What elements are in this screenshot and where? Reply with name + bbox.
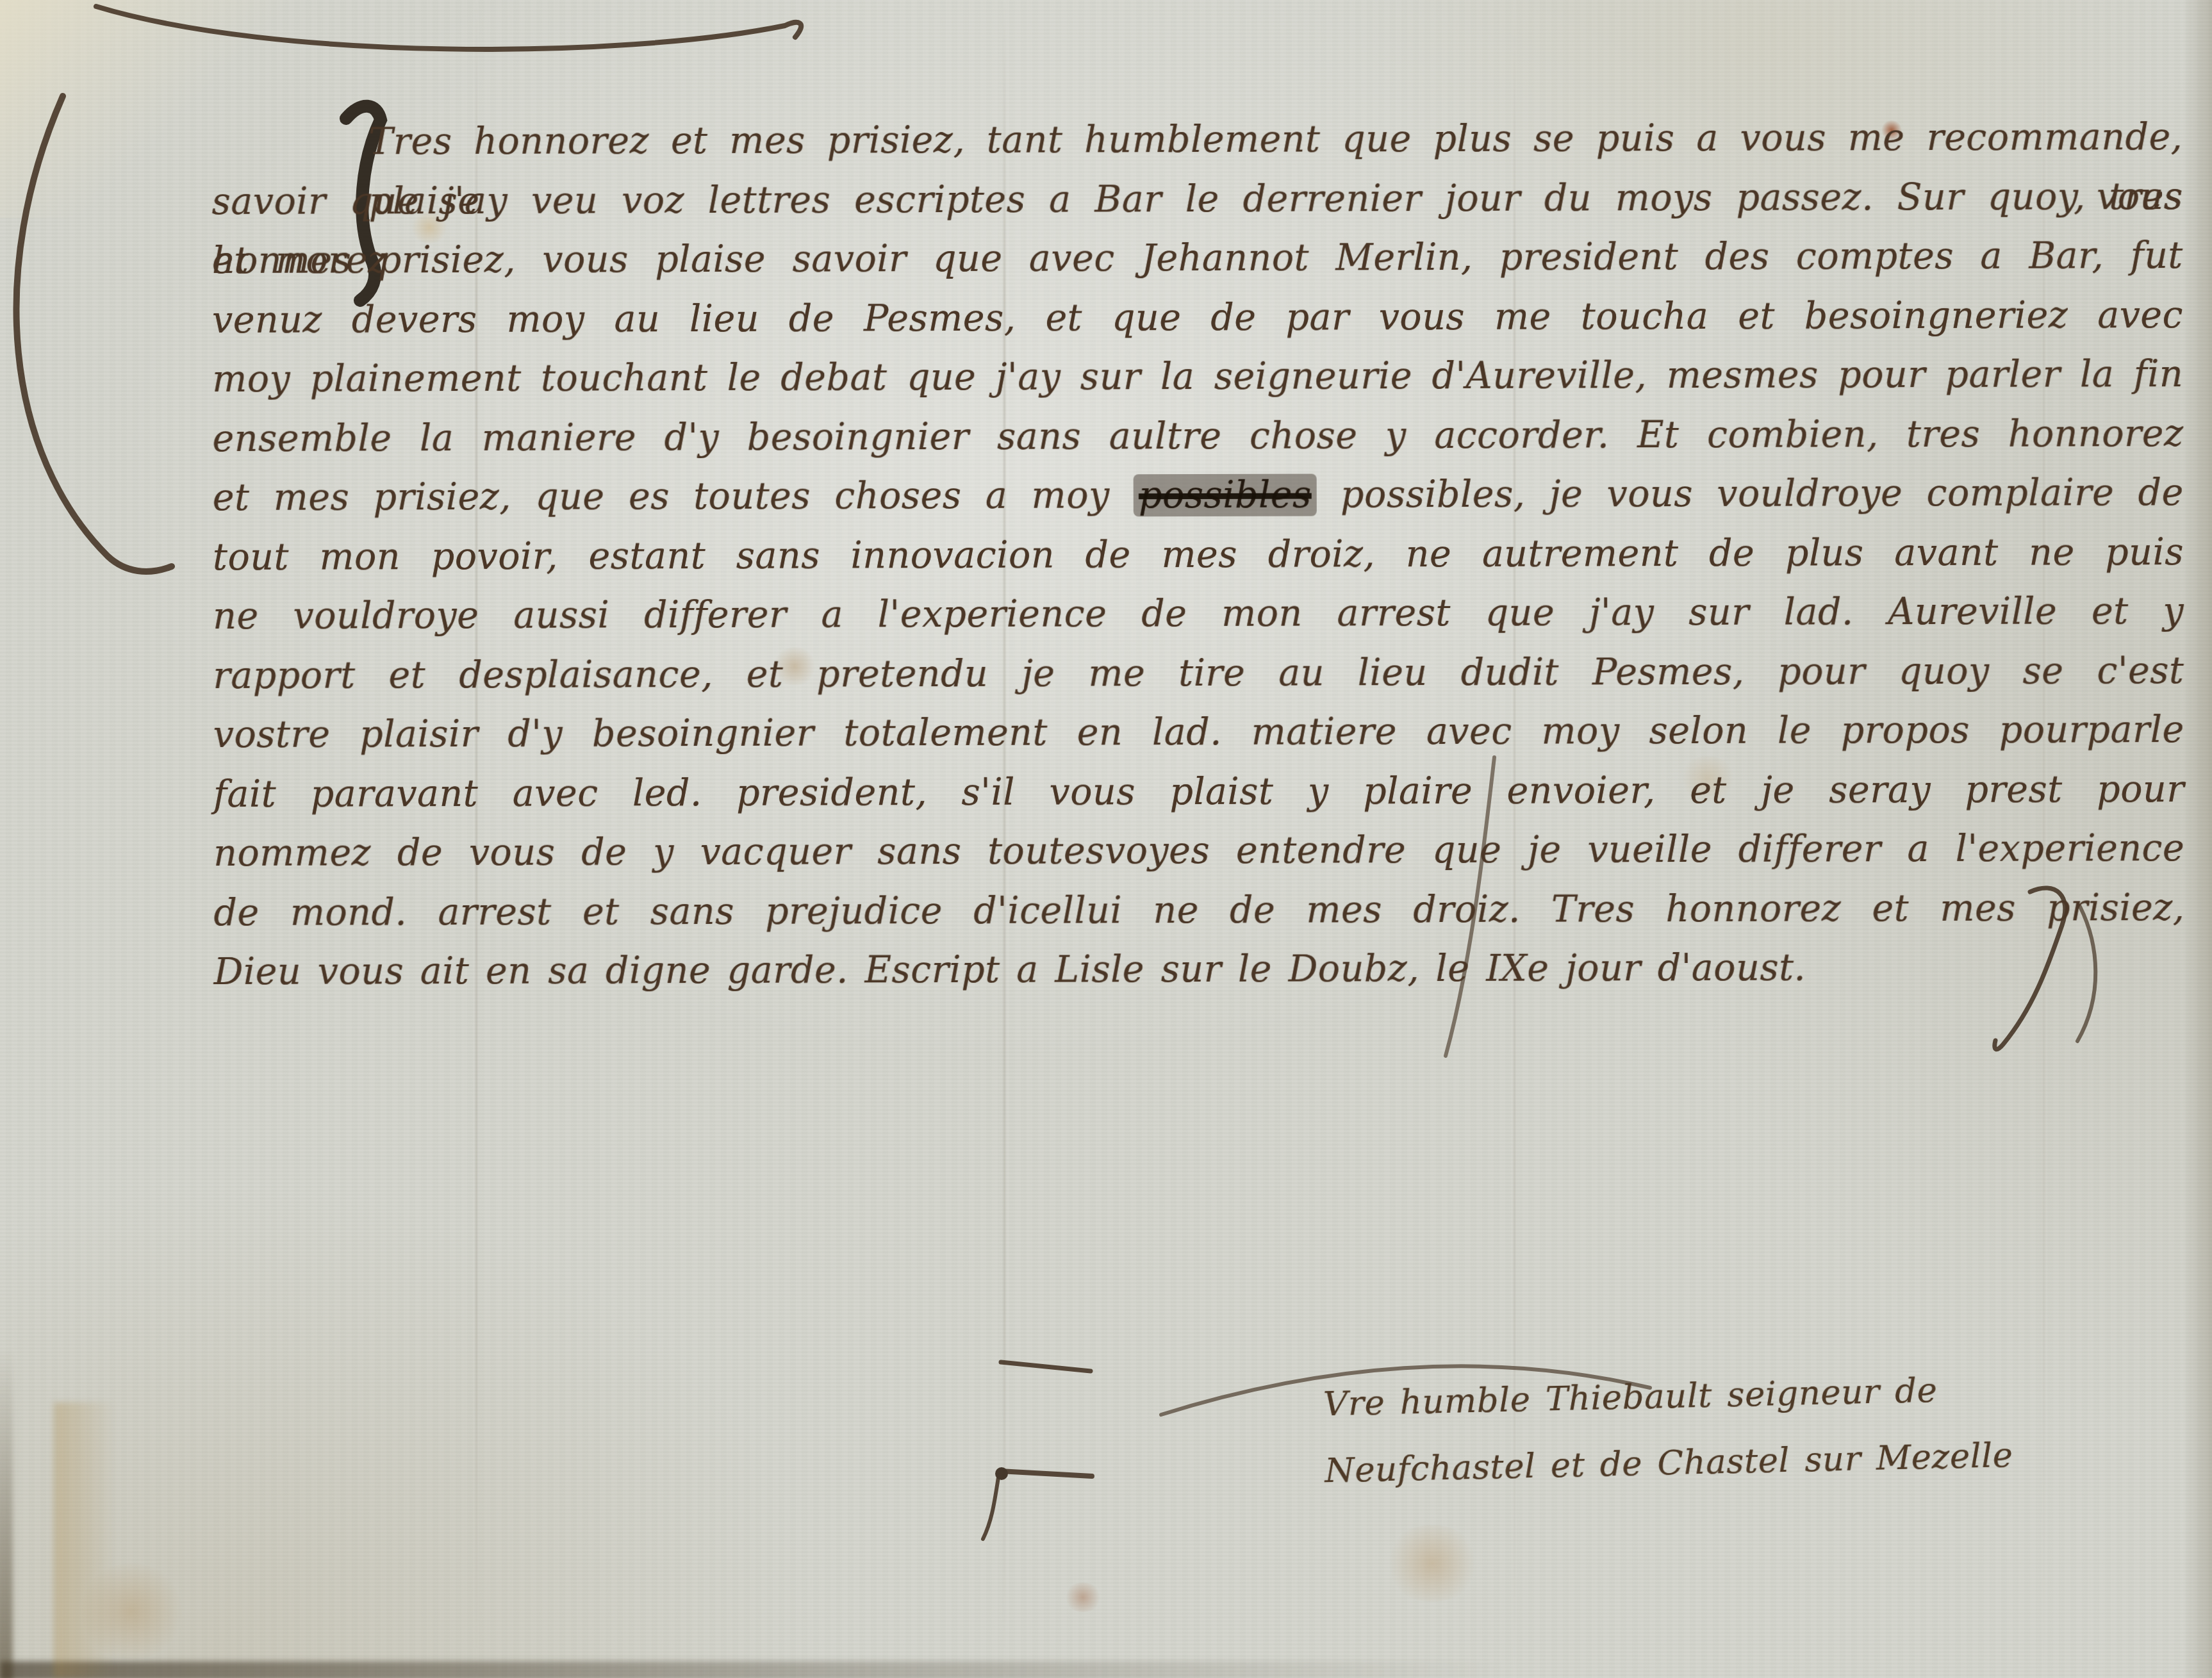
manuscript-line-9: ne vouldroye aussi differer a l'experien…	[213, 582, 2184, 646]
signature-block: Vre humble Thiebault seigneur de Neufcha…	[1323, 1353, 2133, 1505]
ink-bleed-stroke	[983, 1477, 998, 1539]
letter-body: Tres honnorez et mes prisiez, tant humbl…	[211, 108, 2185, 1002]
manuscript-line-1: Tres honnorez et mes prisiez, tant humbl…	[211, 108, 2183, 172]
manuscript-line-15: Dieu vous ait en sa digne garde. Escript…	[214, 937, 2185, 1002]
manuscript-line-6: ensemble la maniere d'y besoingnier sans…	[212, 404, 2183, 468]
paper-right-edge-shade	[2183, 0, 2212, 1678]
manuscript-line-7: et mes prisiez, que es toutes choses a m…	[213, 463, 2184, 528]
manuscript-line-4: venuz devers moy au lieu de Pesmes, et q…	[212, 285, 2183, 350]
ink-blot	[995, 1467, 1008, 1480]
paper-bottom-edge-shadow	[0, 1661, 1506, 1678]
ink-bleed-dash	[1001, 1362, 1091, 1371]
manuscript-line-2: savoir que j'ay veu voz lettres escripte…	[211, 167, 2183, 231]
line-7-after: possibles, je vous vouldroye complaire d…	[1341, 472, 2184, 516]
manuscript-line-11: vostre plaisir d'y besoingnier totalemen…	[213, 700, 2184, 765]
manuscript-line-8: tout mon povoir, estant sans innovacion …	[213, 522, 2184, 587]
paper-stain	[1064, 1583, 1102, 1612]
manuscript-line-10: rapport et desplaisance, et pretendu je …	[213, 641, 2184, 705]
paper-left-edge-shadow	[0, 1349, 13, 1678]
manuscript-line-13: nommez de vous de y vacquer sans toutesv…	[213, 819, 2184, 884]
crossed-out-word: possibles	[1134, 474, 1317, 517]
manuscript-line-5: moy plainement touchant le debat que j'a…	[212, 345, 2183, 409]
manuscript-line-12: fait paravant avec led. president, s'il …	[213, 759, 2184, 824]
line-7-before: et mes prisiez, que es toutes choses a m…	[213, 474, 1110, 519]
manuscript-line-3: et mes prisiez, vous plaise savoir que a…	[212, 226, 2183, 291]
paper-stain	[1384, 1525, 1480, 1602]
manuscript-line-14: de mond. arrest et sans prejudice d'icel…	[213, 878, 2184, 942]
ink-bleed-dash	[1000, 1471, 1092, 1476]
manuscript-photo: Tres honnorez et mes prisiez, tant humbl…	[0, 0, 2212, 1678]
paper-stain	[77, 1563, 186, 1659]
